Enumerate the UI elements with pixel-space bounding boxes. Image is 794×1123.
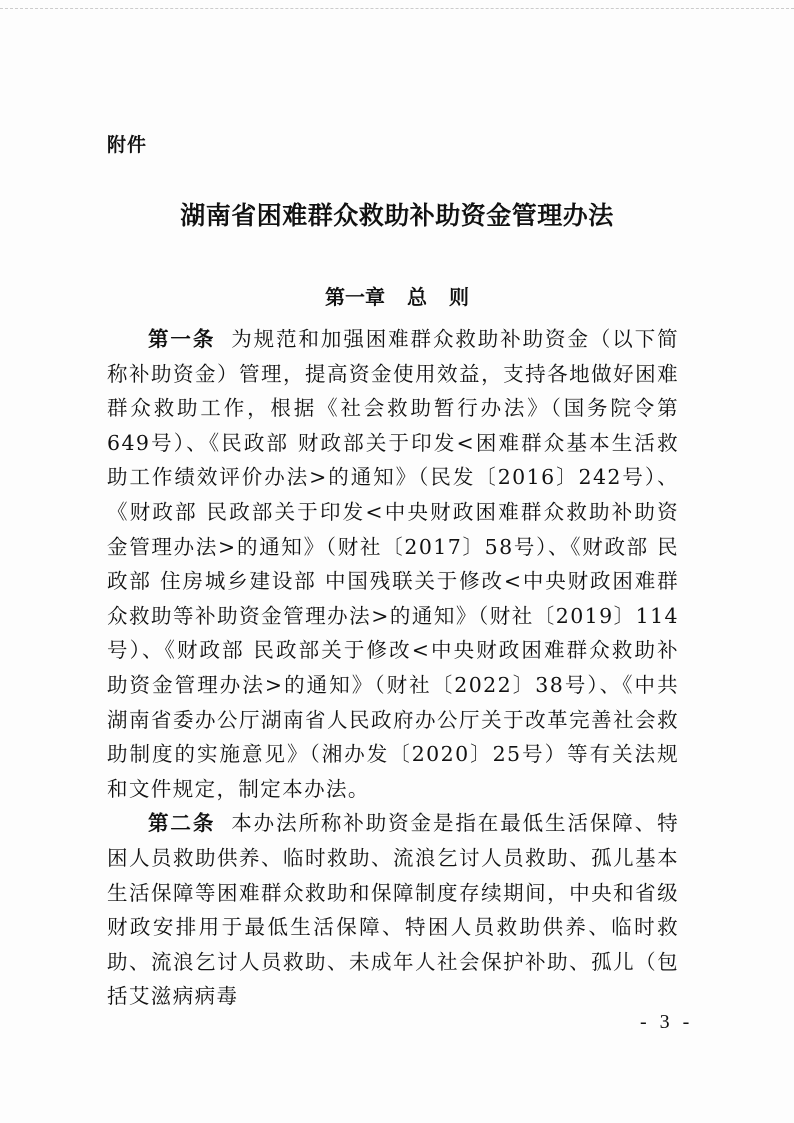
document-body: 第一条为规范和加强困难群众救助补助资金（以下简称补助资金）管理，提高资金使用效益… bbox=[107, 322, 679, 1014]
article-text: 本办法所称补助资金是指在最低生活保障、特困人员救助供养、临时救助、流浪乞讨人员救… bbox=[107, 811, 679, 1008]
document-title: 湖南省困难群众救助补助资金管理办法 bbox=[0, 196, 794, 232]
chapter-name-part2: 则 bbox=[449, 285, 469, 309]
page-number: - 3 - bbox=[640, 1011, 693, 1034]
article-label: 第二条 bbox=[148, 811, 215, 835]
article-text: 为规范和加强困难群众救助补助资金（以下简称补助资金）管理，提高资金使用效益，支持… bbox=[107, 327, 679, 801]
article-2: 第二条本办法所称补助资金是指在最低生活保障、特困人员救助供养、临时救助、流浪乞讨… bbox=[107, 806, 679, 1014]
article-label: 第一条 bbox=[148, 327, 215, 351]
chapter-heading: 第一章总则 bbox=[0, 281, 794, 310]
attachment-label: 附件 bbox=[107, 130, 147, 157]
chapter-name-part1: 总 bbox=[407, 285, 427, 309]
scan-edge-line bbox=[0, 8, 794, 10]
chapter-number: 第一章 bbox=[325, 285, 385, 309]
article-1: 第一条为规范和加强困难群众救助补助资金（以下简称补助资金）管理，提高资金使用效益… bbox=[107, 322, 679, 806]
